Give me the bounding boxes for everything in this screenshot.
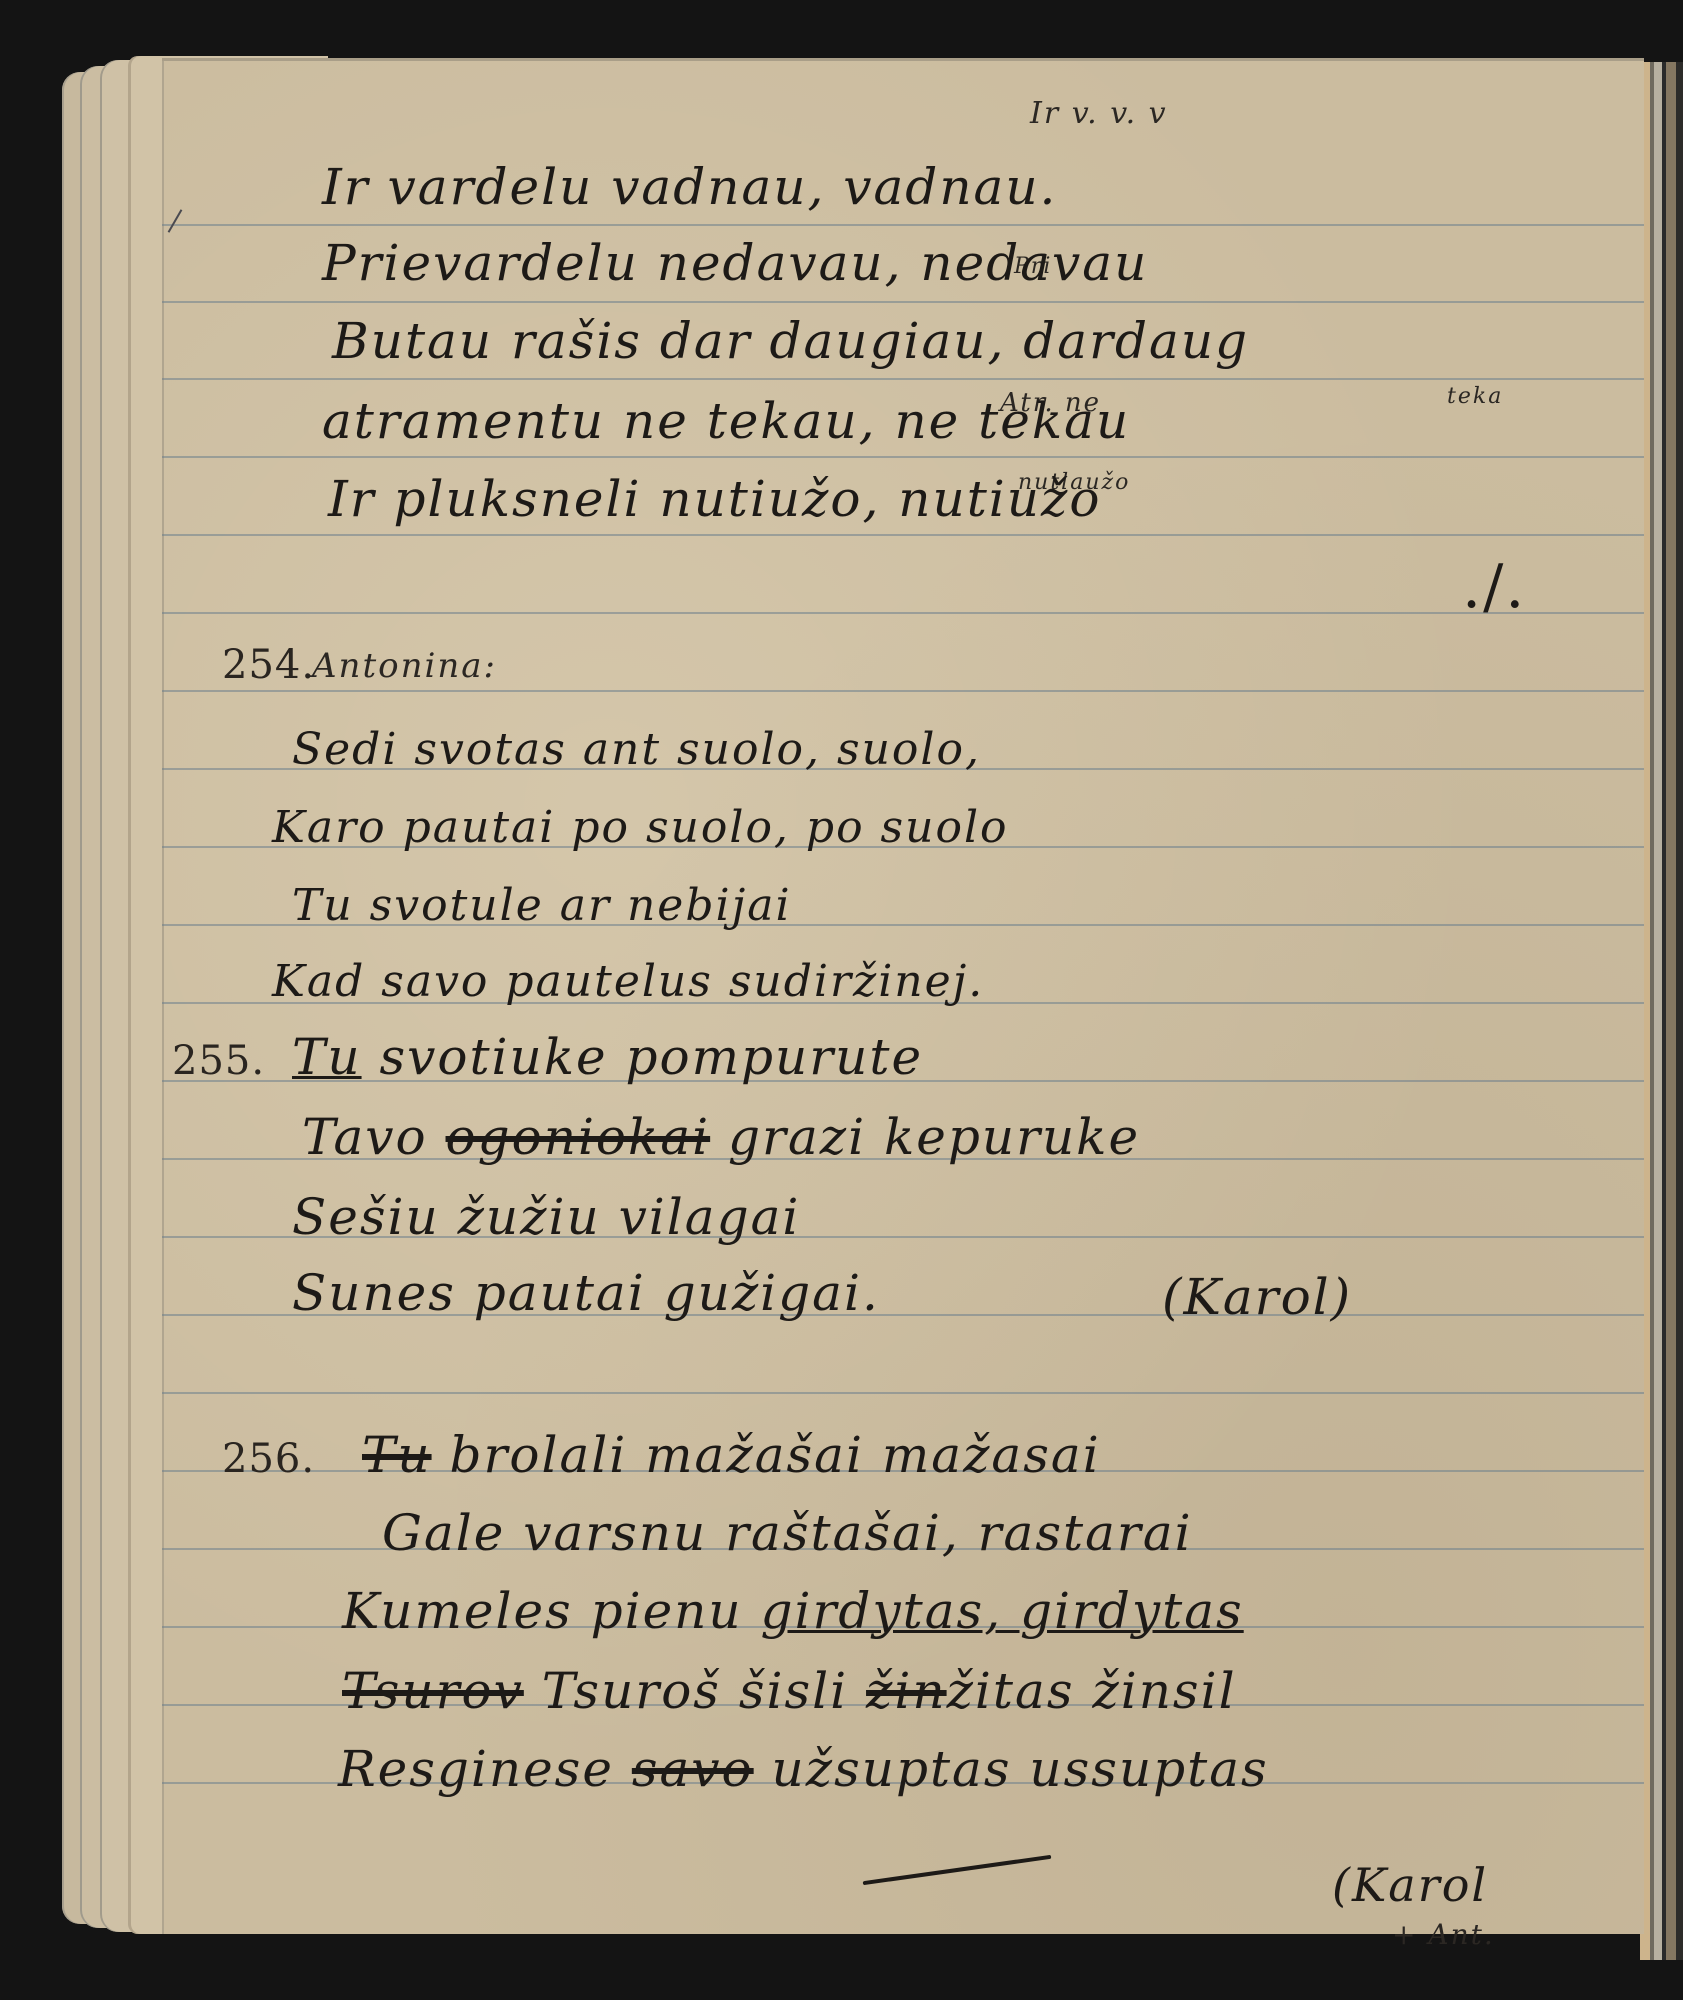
song-number: 256. <box>222 1436 315 1482</box>
notebook-page: Ir v. v. v Ir vardelu vadnau, vadnau. Pr… <box>162 58 1644 1934</box>
song-heading: Antonina: <box>312 646 497 686</box>
margin-annotation: teka <box>1447 384 1503 409</box>
interlinear-annotation: Ir v. v. v <box>1030 96 1168 131</box>
verse-line: Karo pautai po suolo, po suolo <box>272 802 1009 853</box>
verse-line: Tu brolali mažašai mažasai <box>362 1426 1101 1484</box>
attribution: (Karol) <box>1162 1268 1352 1326</box>
section-end-mark: ./. <box>1462 552 1526 622</box>
verse-line: Tu svotule ar nebijai <box>292 880 792 931</box>
ruled-line <box>162 612 1644 614</box>
attribution: (Karol <box>1332 1858 1488 1912</box>
ruled-line <box>162 378 1644 380</box>
verse-line: Resginese savo užsuptas ussuptas <box>338 1740 1269 1798</box>
verse-line: Prievardelu nedavau, nedavau <box>322 234 1148 292</box>
margin-mark <box>168 209 183 233</box>
song-number: 255. <box>172 1038 265 1084</box>
verse-line: Tu svotiuke pompurute <box>292 1028 923 1086</box>
verse-line: Kad savo pautelus sudiržinej. <box>272 956 984 1007</box>
ink-stroke <box>863 1855 1052 1885</box>
verse-line: Gale varsnu raštašai, rastarai <box>382 1504 1193 1562</box>
attribution-sub: + Ant. <box>1392 1918 1495 1951</box>
verse-line: Butau rašis dar daugiau, dardaug <box>332 312 1249 370</box>
verse-line: Tsurov Tsuroš šisli žinžitas žinsil <box>342 1662 1237 1720</box>
verse-line: Kumeles pienu girdytas, girdytas <box>342 1582 1244 1640</box>
verse-line: Sešiu žužiu vilagai <box>292 1188 800 1246</box>
ruled-line <box>162 224 1644 226</box>
ruled-line <box>162 456 1644 458</box>
ruled-line <box>162 1392 1644 1394</box>
verse-line: Ir pluksneli nutiužo, nutiužo <box>328 470 1101 528</box>
ruled-line <box>162 690 1644 692</box>
verse-line: atramentu ne tekau, ne tekau <box>322 392 1130 450</box>
verse-line: Sunes pautai gužigai. <box>292 1264 880 1322</box>
verse-line: Ir vardelu vadnau, vadnau. <box>322 158 1057 216</box>
ruled-line <box>162 534 1644 536</box>
verse-line: Tavo ogoniokai grazi kepuruke <box>302 1108 1140 1166</box>
ruled-line <box>162 301 1644 303</box>
song-number: 254. <box>222 642 315 688</box>
verse-line: Sedi svotas ant suolo, suolo, <box>292 724 981 775</box>
